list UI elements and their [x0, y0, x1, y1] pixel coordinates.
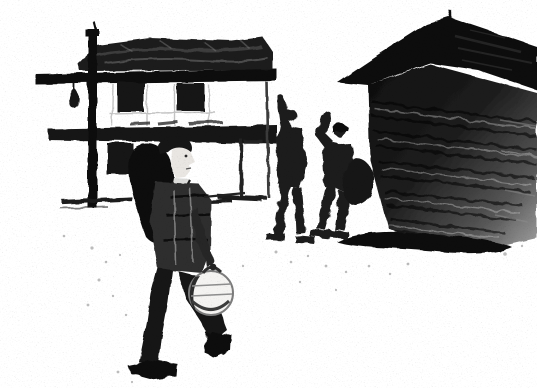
print-grain-overlay	[0, 0, 537, 388]
farewell-illustration	[0, 0, 537, 388]
illustration-canvas: A uniformed figure walks away in the for…	[0, 0, 537, 388]
